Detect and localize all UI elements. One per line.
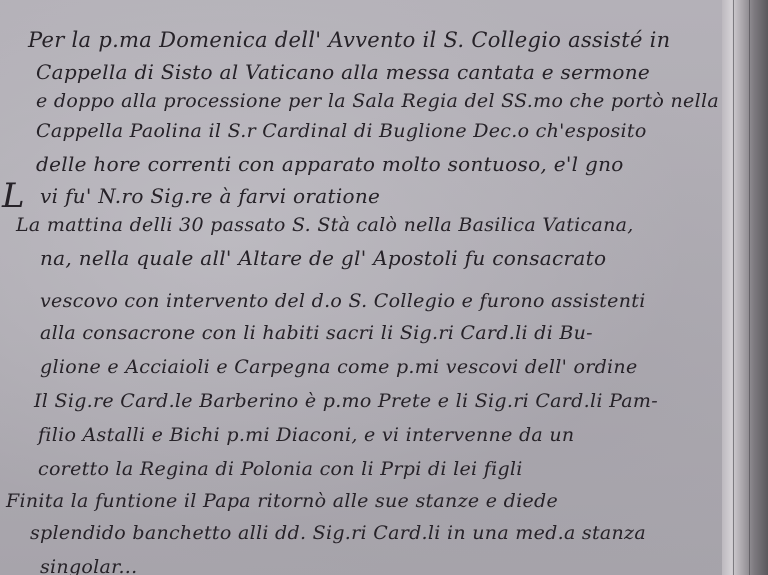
- text-line: e doppo alla processione per la Sala Reg…: [36, 90, 719, 112]
- text-line: splendido banchetto alli dd. Sig.ri Card…: [30, 522, 646, 544]
- text-line: Per la p.ma Domenica dell' Avvento il S.…: [28, 28, 670, 52]
- text-line: glione e Acciaioli e Carpegna come p.mi …: [40, 356, 638, 378]
- text-line: filio Astalli e Bichi p.mi Diaconi, e vi…: [38, 424, 574, 446]
- text-line: na, nella quale all' Altare de gl' Apost…: [40, 246, 606, 270]
- margin-mark: L: [2, 176, 25, 216]
- text-line: Cappella di Sisto al Vaticano alla messa…: [36, 60, 650, 84]
- text-line: vi fu' N.ro Sig.re à farvi oratione: [40, 184, 380, 208]
- fold-crease: [733, 0, 734, 575]
- manuscript-text: Per la p.ma Domenica dell' Avvento il S.…: [0, 0, 730, 575]
- manuscript-page: Per la p.ma Domenica dell' Avvento il S.…: [0, 0, 768, 575]
- fold-crease: [749, 0, 750, 575]
- text-line: Cappella Paolina il S.r Cardinal di Bugl…: [36, 120, 647, 142]
- text-line: vescovo con intervento del d.o S. Colleg…: [40, 290, 646, 312]
- text-line: alla consacrone con li habiti sacri li S…: [40, 322, 593, 344]
- text-line: La mattina delli 30 passato S. Stà calò …: [16, 214, 634, 236]
- page-fold-binding: [722, 0, 768, 575]
- text-line: singolar...: [40, 556, 137, 575]
- text-line: delle hore correnti con apparato molto s…: [36, 152, 624, 176]
- text-line: Finita la funtione il Papa ritornò alle …: [6, 490, 558, 512]
- text-line: coretto la Regina di Polonia con li Prpi…: [38, 458, 523, 480]
- text-line: Il Sig.re Card.le Barberino è p.mo Prete…: [34, 390, 658, 412]
